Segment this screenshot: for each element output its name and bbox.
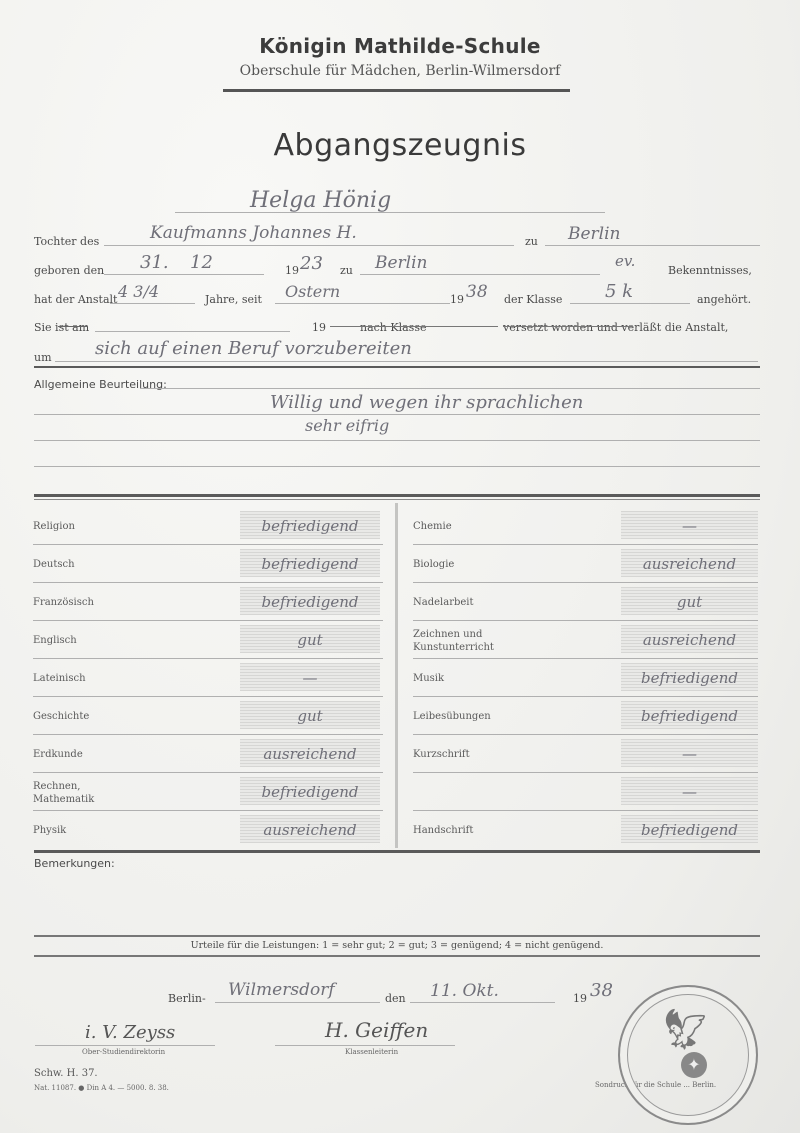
grade-value: ausreichend xyxy=(240,821,380,839)
father-city-value: Berlin xyxy=(568,224,621,244)
grade-value: befriedigend xyxy=(240,593,380,611)
row-divider xyxy=(413,772,758,773)
left-year-prefix: 19 xyxy=(312,321,326,334)
grade-value: — xyxy=(621,517,758,535)
subject-label: Erdkunde xyxy=(33,748,83,761)
document-page: Königin Mathilde-Schule Oberschule für M… xyxy=(0,0,800,1133)
subject-label: Nadelarbeit xyxy=(413,596,474,609)
header-rule xyxy=(223,89,570,92)
birthplace-value: Berlin xyxy=(375,253,428,273)
grade-value: ausreichend xyxy=(240,745,380,763)
legend-rule-top xyxy=(34,935,760,937)
label-belonged: angehört. xyxy=(697,293,751,306)
father-line xyxy=(104,245,514,246)
grade-value: befriedigend xyxy=(240,555,380,573)
class-value: 5 k xyxy=(605,281,633,302)
label-promoted: versetzt worden und verläßt die Anstalt, xyxy=(503,321,728,334)
grade-value: gut xyxy=(240,631,380,649)
grade-field: — xyxy=(621,777,758,805)
label-in: zu xyxy=(525,235,538,248)
row-divider xyxy=(413,734,758,735)
reason-line xyxy=(55,361,758,362)
subject-label: Zeichnen und Kunstunterricht xyxy=(413,628,494,654)
row-divider xyxy=(33,620,383,621)
assessment-line-2 xyxy=(34,414,760,415)
assessment-line-1 xyxy=(140,388,760,389)
grade-field: befriedigend xyxy=(621,701,758,729)
subject-label: Geschichte xyxy=(33,710,89,723)
birthdate-line xyxy=(104,274,264,275)
signature-right-role: Klassenleiterin xyxy=(345,1048,398,1056)
grade-field: befriedigend xyxy=(621,663,758,691)
subject-label: Französisch xyxy=(33,596,94,609)
years-attended-value: 4 3/4 xyxy=(118,282,159,301)
signature-right-line xyxy=(275,1045,455,1046)
subject-label: Handschrift xyxy=(413,824,473,837)
section-rule-3 xyxy=(34,850,760,853)
label-she-is: Sie ist am xyxy=(34,321,89,334)
date-label: den xyxy=(385,992,406,1005)
grade-field: — xyxy=(621,511,758,539)
year-prefix: 19 xyxy=(573,992,587,1005)
father-value: Kaufmanns Johannes H. xyxy=(150,223,357,243)
strike-promoted xyxy=(503,326,633,327)
place-line xyxy=(215,1002,380,1003)
grade-legend: Urteile für die Leistungen: 1 = sehr gut… xyxy=(34,940,760,951)
grade-value: — xyxy=(240,669,380,687)
place-prefix: Berlin- xyxy=(168,992,206,1005)
reason-value: sich auf einen Beruf vorzubereiten xyxy=(95,338,412,359)
subject-label: Lateinisch xyxy=(33,672,86,685)
grade-value: befriedigend xyxy=(621,821,758,839)
grade-value: — xyxy=(621,783,758,801)
label-confession: Bekenntnisses, xyxy=(668,264,752,277)
grade-value: gut xyxy=(240,707,380,725)
row-divider xyxy=(413,810,758,811)
class-line xyxy=(570,303,690,304)
grade-field: ausreichend xyxy=(240,739,380,767)
strike-she-is xyxy=(58,326,88,327)
birth-month: 12 xyxy=(190,252,213,273)
subject-label: Kurzschrift xyxy=(413,748,470,761)
subject-label: Rechnen, Mathematik xyxy=(33,780,94,806)
eagle-emblem-icon: 🦅︎ xyxy=(660,1006,711,1053)
label-daughter-of: Tochter des xyxy=(34,235,99,248)
grade-value: befriedigend xyxy=(621,707,758,725)
since-value: Ostern xyxy=(285,282,340,301)
remarks-label: Bemerkungen: xyxy=(34,857,115,870)
birth-day: 31. xyxy=(140,252,169,273)
signature-right: H. Geiffen xyxy=(325,1018,428,1042)
assessment-text-1: Willig und wegen ihr sprachlichen xyxy=(270,392,583,413)
grade-field: befriedigend xyxy=(621,815,758,843)
row-divider xyxy=(33,658,383,659)
place-value: Wilmersdorf xyxy=(228,980,335,1000)
signature-left-line xyxy=(35,1045,215,1046)
row-divider xyxy=(413,582,758,583)
subject-label: Physik xyxy=(33,824,66,837)
birth-year-prefix: 19 xyxy=(285,264,299,277)
grade-field: befriedigend xyxy=(240,511,380,539)
label-um: um xyxy=(34,351,52,364)
section-rule-2 xyxy=(34,494,760,497)
document-title: Abgangszeugnis xyxy=(0,128,800,163)
strike-after-class xyxy=(360,326,498,327)
row-divider xyxy=(413,658,758,659)
row-divider xyxy=(33,582,383,583)
signature-left: i. V. Zeyss xyxy=(85,1022,175,1043)
row-divider xyxy=(413,620,758,621)
strike-year xyxy=(330,326,360,327)
subject-label: Deutsch xyxy=(33,558,75,571)
row-divider xyxy=(33,544,383,545)
grade-field: gut xyxy=(240,701,380,729)
grade-field: befriedigend xyxy=(240,777,380,805)
father-city-line xyxy=(545,245,760,246)
grade-field: — xyxy=(240,663,380,691)
school-name: Königin Mathilde-Schule xyxy=(0,34,800,58)
grade-field: gut xyxy=(240,625,380,653)
subject-label: Religion xyxy=(33,520,75,533)
year-value: 38 xyxy=(590,980,613,1001)
since-line xyxy=(275,303,450,304)
grade-value: befriedigend xyxy=(240,783,380,801)
left-date-line xyxy=(95,331,290,332)
grade-value: ausreichend xyxy=(621,631,758,649)
subject-label: Chemie xyxy=(413,520,452,533)
assessment-label: Allgemeine Beurteilung: xyxy=(34,378,167,391)
subject-label: Biologie xyxy=(413,558,454,571)
grade-value: — xyxy=(621,745,758,763)
date-line xyxy=(410,1002,555,1003)
grade-value: befriedigend xyxy=(240,517,380,535)
label-years-since: Jahre, seit xyxy=(205,293,262,306)
row-divider xyxy=(33,696,383,697)
grade-value: befriedigend xyxy=(621,669,758,687)
label-class: der Klasse xyxy=(504,293,562,306)
school-subtitle: Oberschule für Mädchen, Berlin-Wilmersdo… xyxy=(0,63,800,79)
subject-label: Leibesübungen xyxy=(413,710,491,723)
grade-field: befriedigend xyxy=(240,549,380,577)
grade-value: gut xyxy=(621,593,758,611)
grade-field: — xyxy=(621,739,758,767)
label-attended: hat der Anstalt xyxy=(34,293,117,306)
grade-field: ausreichend xyxy=(621,549,758,577)
label-after-class: nach Klasse xyxy=(360,321,426,334)
row-divider xyxy=(413,544,758,545)
legend-rule-bottom xyxy=(34,955,760,957)
grade-field: ausreichend xyxy=(240,815,380,843)
subject-label: Englisch xyxy=(33,634,77,647)
date-value: 11. Okt. xyxy=(430,981,499,1001)
assessment-text-2: sehr eifrig xyxy=(305,416,389,435)
assessment-line-4 xyxy=(34,466,760,467)
label-born-on: geboren den xyxy=(34,264,104,277)
row-divider xyxy=(33,772,383,773)
birth-year: 23 xyxy=(300,253,323,274)
row-divider xyxy=(33,734,383,735)
section-rule-2b xyxy=(34,499,760,500)
grade-field: ausreichend xyxy=(621,625,758,653)
print-info: Nat. 11087. ● Din A 4. — 5000. 8. 38. xyxy=(34,1084,169,1092)
grade-field: gut xyxy=(621,587,758,615)
birthplace-line xyxy=(360,274,600,275)
grade-value: ausreichend xyxy=(621,555,758,573)
grades-divider xyxy=(395,503,398,848)
years-line xyxy=(110,303,195,304)
row-divider xyxy=(33,810,383,811)
stamp-emblem-icon: ✦ xyxy=(681,1052,707,1078)
assessment-line-3 xyxy=(34,440,760,441)
confession-value: ev. xyxy=(615,252,635,270)
since-year: 38 xyxy=(466,282,488,302)
row-divider xyxy=(413,696,758,697)
signature-left-role: Ober-Studiendirektorin xyxy=(82,1048,165,1056)
remarks-text xyxy=(34,870,760,930)
subject-label: Musik xyxy=(413,672,444,685)
section-rule-1 xyxy=(34,366,760,368)
student-name: Helga Hönig xyxy=(250,188,391,213)
since-year-prefix: 19 xyxy=(450,293,464,306)
form-code: Schw. H. 37. xyxy=(34,1068,98,1079)
grade-field: befriedigend xyxy=(240,587,380,615)
label-birthplace-in: zu xyxy=(340,264,353,277)
